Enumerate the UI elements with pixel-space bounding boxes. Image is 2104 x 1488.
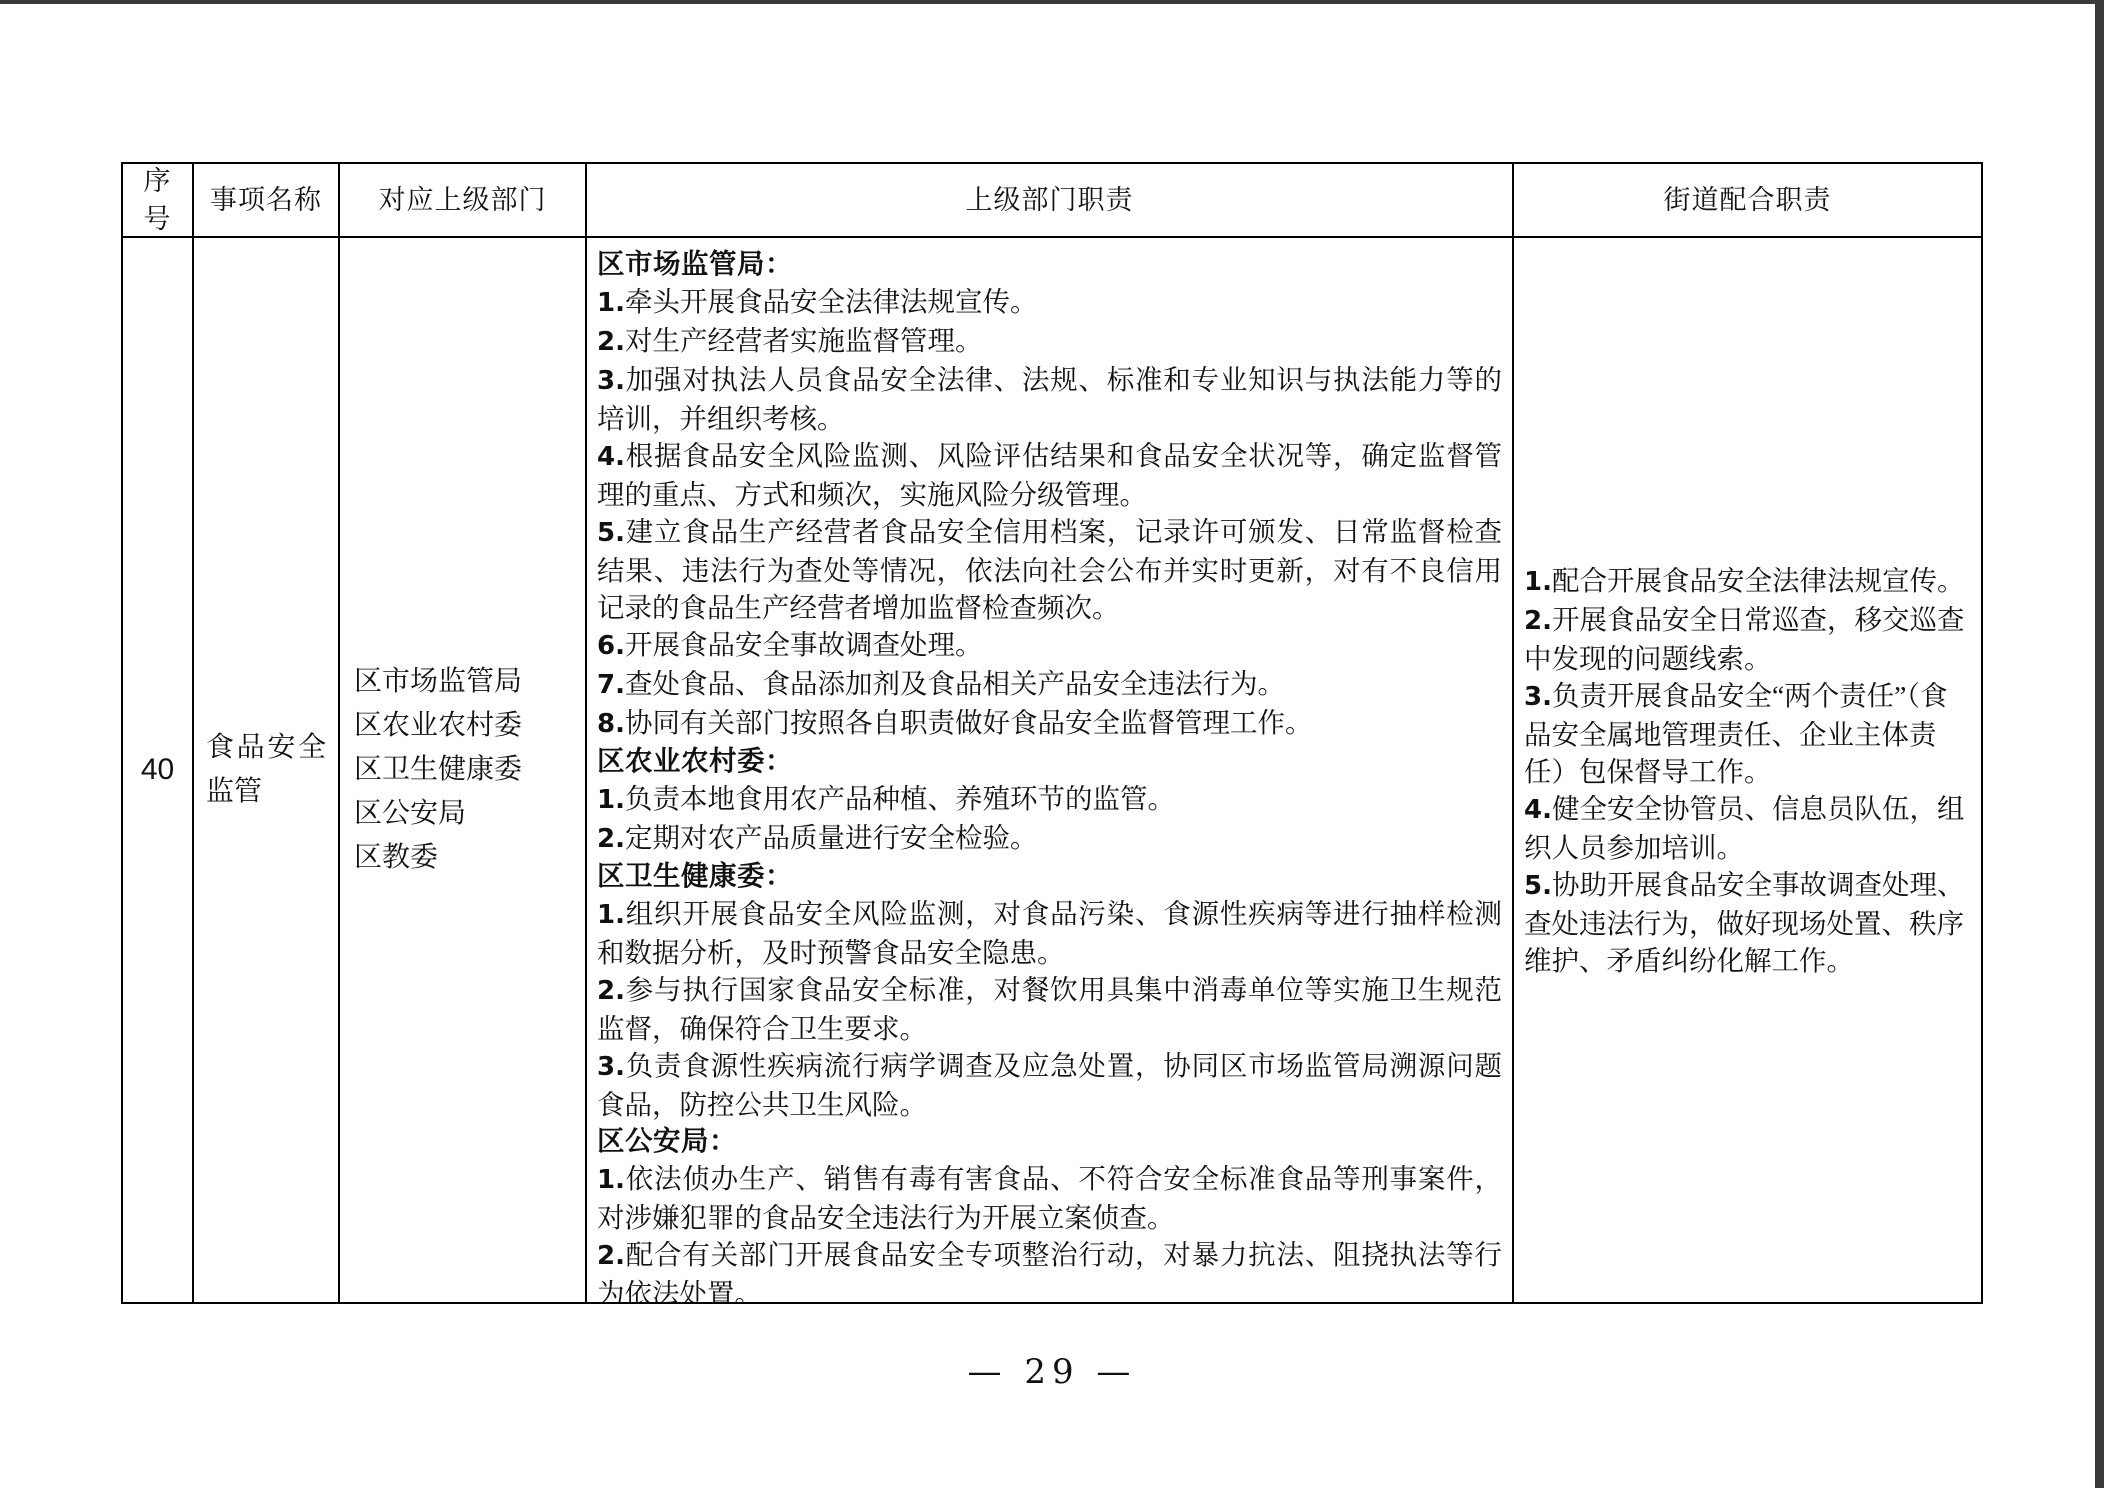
duties-table: 序号 事项名称 对应上级部门 上级部门职责 街道配合职责 40 食品安全监管 区… xyxy=(121,162,1983,1304)
duty-item: 3.加强对执法人员食品安全法律、法规、标准和专业知识与执法能力等的培训，并组织考… xyxy=(597,361,1502,437)
duty-item: 1.牵头开展食品安全法律法规宣传。 xyxy=(597,283,1502,322)
duty-number: 3. xyxy=(1524,682,1552,712)
department-item: 区教委 xyxy=(354,836,585,880)
duty-item: 1.组织开展食品安全风险监测，对食品污染、食源性疾病等进行抽样检测和数据分析，及… xyxy=(597,895,1502,971)
duty-item: 2.对生产经营者实施监督管理。 xyxy=(597,322,1502,361)
duty-section-header: 区农业农村委： xyxy=(597,743,1502,780)
header-item-name: 事项名称 xyxy=(194,164,340,238)
duty-number: 1. xyxy=(597,900,625,930)
department-item: 区卫生健康委 xyxy=(354,748,585,792)
department-item: 区农业农村委 xyxy=(354,704,585,748)
duty-item: 4.根据食品安全风险监测、风险评估结果和食品安全状况等，确定监督管理的重点、方式… xyxy=(597,437,1502,513)
duty-number: 4. xyxy=(597,442,625,472)
duty-item: 1.配合开展食品安全法律法规宣传。 xyxy=(1524,562,1975,601)
duty-number: 3. xyxy=(597,366,625,396)
duty-item: 2.配合有关部门开展食品安全专项整治行动，对暴力抗法、阻挠执法等行为依法处置。 xyxy=(597,1236,1502,1302)
duty-number: 1. xyxy=(1524,567,1552,597)
document-page: 序号 事项名称 对应上级部门 上级部门职责 街道配合职责 40 食品安全监管 区… xyxy=(0,0,2104,1488)
duty-number: 5. xyxy=(597,518,625,548)
duty-item: 2.参与执行国家食品安全标准，对餐饮用具集中消毒单位等实施卫生规范监督，确保符合… xyxy=(597,971,1502,1047)
duty-item: 8.协同有关部门按照各自职责做好食品安全监督管理工作。 xyxy=(597,704,1502,743)
duty-number: 1. xyxy=(597,785,625,815)
duty-item: 2.开展食品安全日常巡查，移交巡查中发现的问题线索。 xyxy=(1524,601,1975,677)
duty-number: 7. xyxy=(597,670,625,700)
header-superior-duties: 上级部门职责 xyxy=(587,164,1514,238)
department-item: 区公安局 xyxy=(354,792,585,836)
header-street-duties: 街道配合职责 xyxy=(1514,164,1981,238)
duty-number: 1. xyxy=(597,1165,625,1195)
duty-section-header: 区公安局： xyxy=(597,1123,1502,1160)
duty-item: 4.健全安全协管员、信息员队伍，组织人员参加培训。 xyxy=(1524,790,1975,866)
duty-number: 2. xyxy=(1524,606,1552,636)
duty-section-header: 区市场监管局： xyxy=(597,246,1502,283)
scan-edge-right xyxy=(2095,0,2104,1488)
superior-duties-cell: 区市场监管局：1.牵头开展食品安全法律法规宣传。2.对生产经营者实施监督管理。3… xyxy=(587,238,1514,1302)
duty-item: 6.开展食品安全事故调查处理。 xyxy=(597,626,1502,665)
duty-item: 7.查处食品、食品添加剂及食品相关产品安全违法行为。 xyxy=(597,665,1502,704)
duty-item: 1.负责本地食用农产品种植、养殖环节的监管。 xyxy=(597,780,1502,819)
duty-item: 5.建立食品生产经营者食品安全信用档案，记录许可颁发、日常监督检查结果、违法行为… xyxy=(597,513,1502,626)
duty-number: 4. xyxy=(1524,795,1552,825)
header-seq-number: 序号 xyxy=(123,164,194,238)
duty-number: 1. xyxy=(597,288,625,318)
duty-number: 2. xyxy=(597,1241,625,1271)
duty-item: 3.负责开展食品安全“两个责任”（食品安全属地管理责任、企业主体责任）包保督导工… xyxy=(1524,677,1975,790)
departments-cell: 区市场监管局区农业农村委区卫生健康委区公安局区教委 xyxy=(340,238,587,1302)
header-superior-departments: 对应上级部门 xyxy=(340,164,587,238)
duty-item: 2.定期对农产品质量进行安全检验。 xyxy=(597,819,1502,858)
duty-section-header: 区卫生健康委： xyxy=(597,858,1502,895)
duty-number: 2. xyxy=(597,976,625,1006)
row-index-cell: 40 xyxy=(123,238,194,1302)
duty-item: 3.负责食源性疾病流行病学调查及应急处置，协同区市场监管局溯源问题食品，防控公共… xyxy=(597,1047,1502,1123)
duty-number: 5. xyxy=(1524,871,1552,901)
duty-number: 8. xyxy=(597,709,625,739)
item-name-text: 食品安全监管 xyxy=(206,726,326,814)
duty-number: 2. xyxy=(597,327,625,357)
department-item: 区市场监管局 xyxy=(354,660,585,704)
scan-edge-top xyxy=(0,0,2104,4)
page-number: — 29 — xyxy=(0,1352,2104,1392)
duty-number: 6. xyxy=(597,631,625,661)
item-name-cell: 食品安全监管 xyxy=(194,238,340,1302)
duty-item: 1.依法侦办生产、销售有毒有害食品、不符合安全标准食品等刑事案件，对涉嫌犯罪的食… xyxy=(597,1160,1502,1236)
duty-number: 2. xyxy=(597,824,625,854)
street-duties-cell: 1.配合开展食品安全法律法规宣传。2.开展食品安全日常巡查，移交巡查中发现的问题… xyxy=(1514,238,1981,1302)
duty-number: 3. xyxy=(597,1052,625,1082)
duty-item: 5.协助开展食品安全事故调查处理、查处违法行为，做好现场处置、秩序维护、矛盾纠纷… xyxy=(1524,866,1975,979)
